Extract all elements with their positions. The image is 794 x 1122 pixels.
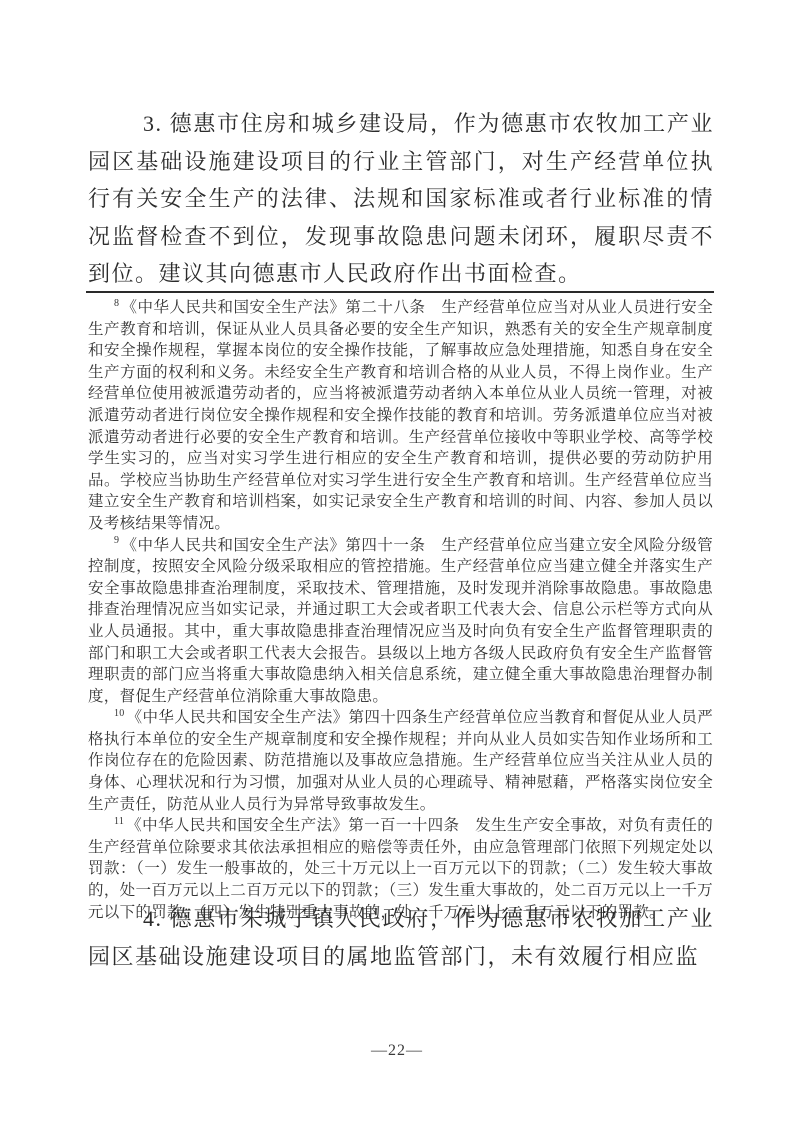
footnote-text: 《中华人民共和国安全生产法》第二十八条 生产经营单位应当对从业人员进行安全生产教… <box>88 299 713 532</box>
footnote-8: 8《中华人民共和国安全生产法》第二十八条 生产经营单位应当对从业人员进行安全生产… <box>88 297 713 535</box>
page-number: —22— <box>0 1042 794 1060</box>
footnote-text: 《中华人民共和国安全生产法》第四十一条 生产经营单位应当建立安全风险分级管控制度… <box>88 537 713 705</box>
paragraph-item-3: 3. 德惠市住房和城乡建设局，作为德惠市农牧加工产业园区基础设施建设项目的行业主… <box>88 105 714 293</box>
footnote-9: 9《中华人民共和国安全生产法》第四十一条 生产经营单位应当建立安全风险分级管控制… <box>88 535 713 708</box>
footnote-marker-9: 9 <box>114 535 119 546</box>
footnote-text: 《中华人民共和国安全生产法》第四十四条生产经营单位应当教育和督促从业人员严格执行… <box>88 709 713 812</box>
paragraph-item-4: 4. 德惠市朱城子镇人民政府，作为德惠市农牧加工产业园区基础设施建设项目的属地监… <box>88 900 714 975</box>
footnote-10: 10《中华人民共和国安全生产法》第四十四条生产经营单位应当教育和督促从业人员严格… <box>88 707 713 815</box>
document-page: 3. 德惠市住房和城乡建设局，作为德惠市农牧加工产业园区基础设施建设项目的行业主… <box>0 0 794 1122</box>
footnote-separator <box>86 291 714 293</box>
footnote-marker-11: 11 <box>114 816 124 827</box>
footnote-marker-10: 10 <box>114 708 125 719</box>
footnote-marker-8: 8 <box>114 298 119 309</box>
footnotes-section: 8《中华人民共和国安全生产法》第二十八条 生产经营单位应当对从业人员进行安全生产… <box>88 297 713 923</box>
